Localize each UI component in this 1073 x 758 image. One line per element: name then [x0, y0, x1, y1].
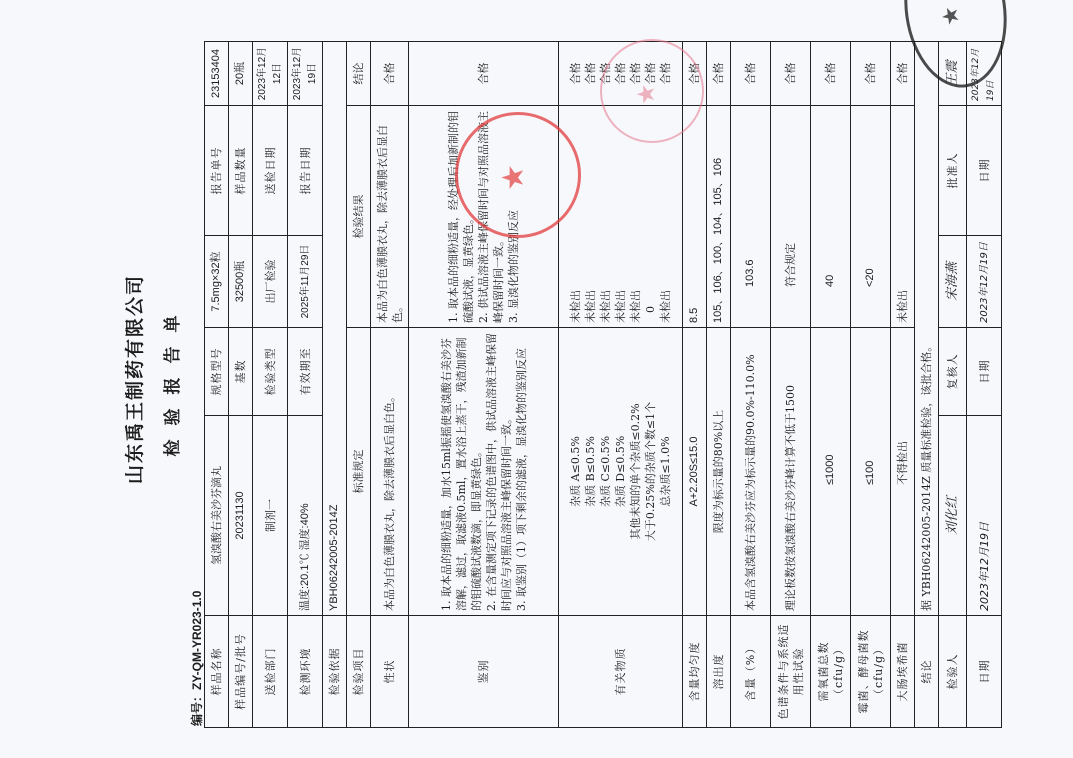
approver-date: 2023年12月19日 [967, 42, 1002, 106]
table-row: 有关物质 杂质 A≤0.5% 杂质 B≤0.5% 杂质 C≤0.5% 杂质 D≤… [559, 42, 683, 728]
document-title: 检验报告单 [158, 0, 183, 758]
table-row: 鉴别 1. 取本品的细粉适量，加水15ml振摇使氢溴酸右美沙芬溶解，滤过，取滤液… [409, 42, 559, 728]
star-icon: ★ [938, 4, 966, 27]
info-row: 样品编号/批号 20231130 基数 32500瓶 样品数量 20瓶 [229, 42, 253, 728]
inspector-date: 2023年12月19日 [967, 416, 1002, 616]
inspection-basis: YBH06242005-2014Z [323, 42, 347, 616]
date-row: 日期 2023年12月19日 日期 2023年12月19日 日期 2023年12… [967, 42, 1002, 728]
table-row: 溶出度 限度为标示量的80%以上 105、106、100、104、105、106… [707, 42, 731, 728]
info-row: 样品名称 氢溴酸右美沙芬滴丸 规格型号 7.5mg×32粒 报告单号 23153… [205, 42, 229, 728]
expiry-date: 2025年11月29日 [288, 236, 323, 328]
table-row: 含量（%） 本品含氢溴酸右美沙芬应为标示量的90.0%-110.0% 103.6… [731, 42, 771, 728]
table-row: 含量均匀度 A+2.20S≤15.0 8.5 合格 [683, 42, 707, 728]
report-number: 23153404 [205, 42, 229, 106]
document-code: 编号：ZY-QM-YR023-1.0 [188, 591, 205, 726]
inspector-signature: 刘化红 [939, 416, 967, 616]
reviewer-date: 2023年12月19日 [967, 236, 1002, 328]
department: 制剂一 [253, 416, 288, 616]
inspection-report-page: 山东禹王制药有限公司 检验报告单 编号：ZY-QM-YR023-1.0 样品名称… [0, 0, 1073, 758]
conclusion-row: 结论 据 YBH06242005-2014Z 质量标准检验，该批合格。 [915, 42, 939, 728]
table-row: 色谱条件与系统适用性试验 理论板数按氢溴酸右美沙芬峰计算不低于1500 符合规定… [771, 42, 811, 728]
reviewer-signature: 宋海燕 [939, 236, 967, 328]
table-row: 霉菌、酵母菌数（cfu/g） ≤100 <20 合格 [851, 42, 891, 728]
sample-name: 氢溴酸右美沙芬滴丸 [205, 416, 229, 616]
report-date: 2023年12月19日 [288, 42, 323, 106]
approver-signature: 王震 [939, 42, 967, 106]
environment: 温度:20.1℃ 湿度:40% [288, 416, 323, 616]
table-row: 需氧菌总数（cfu/g） ≤1000 40 合格 [811, 42, 851, 728]
submit-date: 2023年12月12日 [253, 42, 288, 106]
signature-row: 检验人 刘化红 复核人 宋海燕 批准人 王震 [939, 42, 967, 728]
batch-number: 20231130 [229, 416, 253, 616]
base-quantity: 32500瓶 [229, 236, 253, 328]
inspection-type: 出厂检验 [253, 236, 288, 328]
final-conclusion: 据 YBH06242005-2014Z 质量标准检验，该批合格。 [915, 42, 939, 616]
table-row: 性状 本品为白色薄膜衣丸，除去薄膜衣后显白色。 本品为白色薄膜衣丸，除去薄膜衣后… [371, 42, 409, 728]
info-row: 检测环境 温度:20.1℃ 湿度:40% 有效期至 2025年11月29日 报告… [288, 42, 323, 728]
report-table: 样品名称 氢溴酸右美沙芬滴丸 规格型号 7.5mg×32粒 报告单号 23153… [204, 41, 1002, 728]
table-row: 大肠埃希菌 不得检出 未检出 合格 [891, 42, 915, 728]
company-name: 山东禹王制药有限公司 [120, 0, 147, 758]
column-header-row: 检验项目 标准规定 检验结果 结论 [347, 42, 371, 728]
sample-quantity: 20瓶 [229, 42, 253, 106]
spec: 7.5mg×32粒 [205, 236, 229, 328]
info-row: 检验依据 YBH06242005-2014Z [323, 42, 347, 728]
info-row: 送检部门 制剂一 检验类型 出厂检验 送检日期 2023年12月12日 [253, 42, 288, 728]
